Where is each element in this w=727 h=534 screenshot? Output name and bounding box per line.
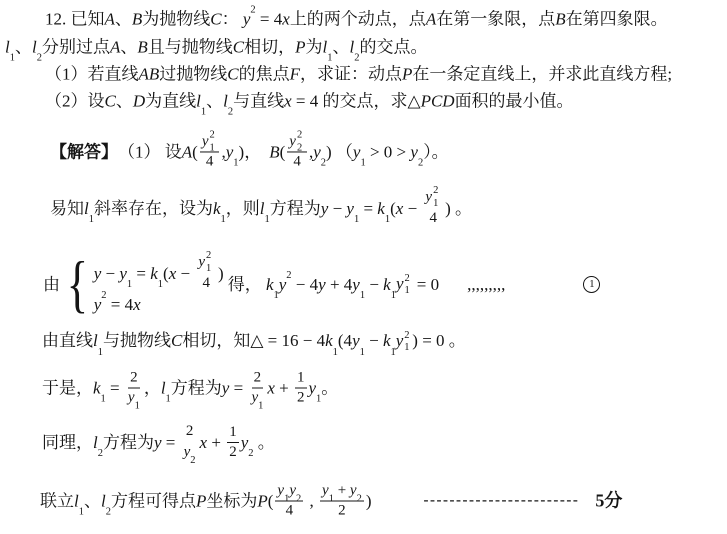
text-run: 、 [206, 92, 223, 111]
text-run: 4 [202, 275, 210, 292]
math-variable: y1 [119, 264, 132, 283]
text-run: ) 。 [445, 199, 472, 218]
subscript: 1 [98, 347, 103, 358]
math-variable: y21 [425, 189, 441, 206]
sub-sup-stack: 21 [404, 277, 413, 294]
text-run: （1） 设 [118, 143, 182, 162]
sub-sup-stack: 21 [205, 254, 214, 271]
fraction-numerator: 2 [184, 423, 196, 443]
subscript: 1 [360, 347, 365, 358]
text-run: ( [192, 143, 198, 162]
math-variable: k1 [93, 379, 106, 398]
fraction: 12 [227, 424, 239, 461]
math-variable: B [555, 10, 565, 29]
math-variable: l2 [101, 492, 111, 511]
math-variable: P [196, 492, 206, 511]
subscript: 1 [209, 143, 214, 154]
fraction-denominator: 4 [204, 153, 216, 171]
math-variable: y [318, 275, 326, 294]
text-run: ）。 [423, 143, 449, 162]
subscript: 1 [360, 290, 365, 301]
math-variable: y [154, 433, 162, 452]
text-run: 2 [186, 423, 194, 440]
text-run: 、 [15, 38, 32, 57]
math-variable: l2 [223, 92, 233, 111]
math-variable: y22 [289, 133, 305, 150]
subscript: 1 [166, 394, 171, 405]
text-run: 由直线 [42, 332, 93, 351]
sub-sup-stack: 22 [296, 134, 305, 151]
sub-sup-stack: 21 [208, 134, 217, 151]
math-variable: A [105, 10, 115, 29]
system-equation-row: y2 = 4x [94, 295, 224, 314]
math-variable: C [227, 65, 238, 84]
subscript: 2 [321, 158, 326, 169]
text-run: 4 [206, 154, 214, 171]
fraction-denominator: 4 [291, 153, 303, 171]
subscript: 1 [329, 494, 334, 505]
text-run: − [365, 275, 383, 294]
subscript: 1 [89, 214, 94, 225]
math-variable: y [94, 264, 102, 283]
math-variable: P [257, 492, 267, 511]
question-2: （2）设C、D为直线l1、l2与直线x = 4 的交点，求△PCD面积的最小值。 [45, 92, 574, 111]
text-run: 在一条定直线上，并求此直线方程; [412, 65, 672, 84]
problem-statement-line-2: l1、l2分别过点A、B且与抛物线C相切，P为l1、l2的交点。 [5, 38, 427, 57]
math-variable: y2 [313, 143, 326, 162]
math-variable: x [396, 199, 404, 218]
fraction: y1y24 [275, 483, 303, 520]
text-run: 且与抛物线 [148, 38, 233, 57]
text-run: （1）若直线 [45, 65, 139, 84]
fraction-denominator: y1 [249, 389, 265, 407]
text-run: 1 [297, 370, 305, 387]
fraction-numerator: y22 [287, 133, 307, 152]
math-variable: P [295, 38, 305, 57]
fraction-denominator: 2 [295, 389, 307, 407]
math-variable: A [426, 10, 436, 29]
fraction-numerator: y21 [196, 254, 216, 274]
text-run: △ [250, 332, 263, 351]
text-run: 4 [293, 154, 301, 171]
subscript: 1 [135, 401, 140, 412]
subscript: 2 [190, 455, 195, 466]
math-variable: k1 [325, 332, 338, 351]
math-variable: y1 [277, 483, 289, 500]
fraction-numerator: y1y2 [275, 483, 303, 502]
subscript: 1 [10, 53, 15, 64]
text-run: 方程为 [270, 199, 321, 218]
sub-sup-stack: 21 [432, 189, 441, 206]
solution-discriminant: 由直线l1与抛物线C相切，知△ = 16 − 4k1(4y1 − k1y21) … [42, 331, 466, 351]
subscript: 1 [405, 286, 410, 297]
math-variable: l2 [32, 38, 42, 57]
math-variable: x [284, 92, 292, 111]
text-run: )， [239, 143, 262, 162]
fraction-numerator: y21 [423, 189, 443, 209]
math-variable: y1 [309, 379, 322, 398]
text-run: ) = 0 [412, 332, 444, 351]
math-variable: y1 [352, 332, 365, 351]
subscript: 1 [274, 290, 279, 301]
text-run: 12. 已知 [45, 10, 105, 29]
subscript: 2 [297, 143, 302, 154]
text-run: ，求证：动点 [300, 65, 402, 84]
text-run: 方程为 [171, 379, 222, 398]
text-run: ) [366, 492, 372, 511]
superscript: 2 [206, 251, 211, 262]
text-run: △ [407, 92, 420, 111]
text-run: 为直线 [145, 92, 196, 111]
math-variable: C [233, 38, 244, 57]
fraction: y214 [423, 189, 443, 227]
math-variable: l1 [93, 332, 103, 351]
math-variable: y1 [346, 199, 359, 218]
subscript: 1 [391, 290, 396, 301]
text-run: 2 [229, 444, 237, 461]
math-variable: y21 [202, 133, 218, 150]
math-variable: A [110, 38, 120, 57]
text-run: − [365, 332, 383, 351]
math-variable: B [132, 10, 142, 29]
score-label: 5分 [595, 492, 622, 511]
text-run: 的交点，求 [322, 92, 407, 111]
math-variable: y2 [410, 143, 423, 162]
math-variable: y1 [226, 143, 239, 162]
math-variable: x [133, 295, 141, 314]
text-run: 2 [254, 370, 262, 387]
math-variable: x [169, 264, 177, 283]
solution-step-slope: 易知l1斜率存在，设为k1，则l1方程为y − y1 = k1(x − y214… [50, 189, 472, 227]
solution-l2-line: 同理，l2方程为y = 2y2x + 12y2 。 [42, 423, 275, 461]
math-variable: l1 [196, 92, 206, 111]
sub-sup-stack: 21 [403, 334, 412, 351]
math-variable: l1 [74, 492, 84, 511]
superscript: 2 [209, 131, 214, 142]
math-variable: x [200, 433, 208, 452]
text-run: 上的两个动点，点 [290, 10, 426, 29]
text-run: ( [268, 492, 274, 511]
math-variable: C [171, 332, 182, 351]
math-variable: PCD [421, 92, 455, 111]
solution-point-p-line: 联立l1、l2方程可得点P坐标为P(y1y24 , y1 + y22)-----… [40, 483, 622, 520]
subscript: 1 [391, 347, 396, 358]
text-run: 方程可得点 [111, 492, 196, 511]
superscript: 2 [297, 131, 302, 142]
subscript: 1 [360, 158, 365, 169]
subscript: 2 [98, 448, 103, 459]
text-run: = 4 [292, 92, 323, 111]
math-variable: l2 [93, 433, 103, 452]
text-run: ，则 [226, 199, 260, 218]
math-variable: y21 [198, 254, 214, 271]
math-variable: l1 [5, 38, 15, 57]
score-dash-line: ------------------------ [424, 492, 580, 511]
superscript: 2 [101, 290, 106, 301]
math-variable: C [210, 10, 221, 29]
math-variable: B [269, 143, 279, 162]
text-run: 、 [115, 10, 132, 29]
subscript: 1 [385, 214, 390, 225]
subscript: 2 [418, 158, 423, 169]
text-run: 的焦点 [239, 65, 290, 84]
superscript: 2 [250, 5, 255, 16]
text-run: 2 [297, 390, 305, 407]
math-variable: y2 [243, 10, 256, 29]
subscript: 1 [79, 507, 84, 518]
text-run: + [207, 433, 225, 452]
math-variable: y2 [289, 483, 301, 500]
text-run: 。 [321, 379, 338, 398]
math-variable: C [105, 92, 116, 111]
fraction-numerator: y1 + y2 [320, 483, 364, 502]
problem-statement-line-1: 12. 已知A、B为抛物线C： y2 = 4x上的两个动点，点A在第一象限，点B… [45, 10, 668, 29]
text-run: 1 [229, 424, 237, 441]
text-run: = 0 [413, 275, 440, 294]
math-variable: k1 [266, 275, 279, 294]
document-page: 12. 已知A、B为抛物线C： y2 = 4x上的两个动点，点A在第一象限，点B… [0, 0, 727, 534]
text-run: 于是， [42, 379, 93, 398]
text-run: ( [280, 143, 286, 162]
subscript: 1 [404, 343, 409, 354]
text-run: = [359, 199, 377, 218]
text-run: , [305, 492, 318, 511]
text-run: 在第一象限，点 [436, 10, 555, 29]
fraction: 2y2 [182, 423, 198, 461]
text-run: + [334, 483, 350, 500]
math-variable: l2 [349, 38, 359, 57]
text-run: 的交点。 [359, 38, 427, 57]
equation-system: y − y1 = k1(x − y214)y2 = 4x [94, 254, 224, 314]
text-run: 由 [43, 275, 60, 294]
math-variable: l1 [322, 38, 332, 57]
text-run: 与直线 [233, 92, 284, 111]
text-run: + [275, 379, 293, 398]
fraction: y214 [196, 254, 216, 292]
fraction-denominator: y1 [126, 389, 142, 407]
math-variable: k1 [377, 199, 390, 218]
math-variable: l1 [161, 379, 171, 398]
fraction-denominator: 4 [200, 274, 212, 292]
math-variable: D [133, 92, 145, 111]
fraction-denominator: 4 [427, 209, 439, 227]
text-run: 为抛物线 [142, 10, 210, 29]
text-run: 斜率存在，设为 [94, 199, 213, 218]
fraction-numerator: y21 [200, 133, 220, 152]
math-variable: B [137, 38, 147, 57]
math-variable: y21 [396, 331, 413, 351]
text-run: = 4 [107, 295, 134, 314]
text-run: (4 [338, 332, 352, 351]
text-run: = [162, 433, 180, 452]
text-run: ： [222, 10, 243, 29]
math-variable: y [222, 379, 230, 398]
text-run: ) （ [326, 143, 353, 162]
fraction: y224 [287, 133, 307, 170]
text-run: 相切， [244, 38, 295, 57]
text-run: 、 [116, 92, 133, 111]
fraction: 12 [295, 370, 307, 407]
math-variable: k1 [383, 332, 396, 351]
superscript: 2 [404, 331, 409, 342]
math-variable: x [267, 379, 275, 398]
fraction-numerator: 1 [227, 424, 239, 443]
subscript: 1 [354, 214, 359, 225]
fraction-numerator: 2 [128, 370, 140, 389]
text-run: 易知 [50, 199, 84, 218]
text-run: 过抛物线 [159, 65, 227, 84]
circled-number: 1 [583, 276, 600, 293]
math-variable: y1 [352, 275, 365, 294]
text-run: = [229, 379, 247, 398]
fraction-denominator: 2 [336, 502, 348, 520]
text-run: 、 [332, 38, 349, 57]
math-variable: y2 [241, 433, 254, 452]
subscript: 1 [101, 394, 106, 405]
subscript: 2 [37, 53, 42, 64]
math-variable: AB [139, 65, 160, 84]
text-run: 相切，知 [182, 332, 250, 351]
math-variable: y1 [322, 483, 334, 500]
text-run: 4 [286, 503, 294, 520]
subscript: 1 [433, 199, 438, 210]
text-run: = 16 − 4 [263, 332, 325, 351]
fraction-numerator: 2 [252, 370, 264, 389]
text-run: 得， [228, 275, 266, 294]
text-run: − [176, 264, 194, 283]
text-run: 4 [429, 210, 437, 227]
math-variable: y [321, 199, 329, 218]
fraction: y214 [200, 133, 220, 170]
math-variable: k1 [213, 199, 226, 218]
text-run: 分别过点 [42, 38, 110, 57]
text-run: 2 [338, 503, 346, 520]
text-run: 同理， [42, 433, 93, 452]
text-run: > 0 > [366, 143, 411, 162]
math-variable: k1 [383, 275, 396, 294]
subscript: 2 [228, 107, 233, 118]
fraction-denominator: y2 [182, 443, 198, 461]
math-variable: k1 [150, 264, 163, 283]
solution-k1-line: 于是，k1 = 2y1，l1方程为y = 2y1x + 12y1。 [42, 370, 338, 407]
subscript: 1 [201, 107, 206, 118]
math-variable: y1 [128, 390, 140, 407]
question-1: （1）若直线AB过抛物线C的焦点F，求证：动点P在一条定直线上，并求此直线方程; [45, 65, 672, 84]
text-run: = [106, 379, 124, 398]
subscript: 1 [258, 401, 263, 412]
superscript: 2 [433, 186, 438, 197]
text-run: 与抛物线 [103, 332, 171, 351]
subscript: 2 [357, 494, 362, 505]
text-run: 、 [84, 492, 101, 511]
fraction: 2y1 [249, 370, 265, 407]
solution-header-line: 【解答】（1） 设A(y214,y1)，B(y224,y2) （y1 > 0 >… [50, 133, 449, 170]
math-variable: l1 [260, 199, 270, 218]
math-variable: P [402, 65, 412, 84]
text-run: （2）设 [45, 92, 105, 111]
text-run: 联立 [40, 492, 74, 511]
text-run: + 4 [326, 275, 353, 294]
subscript: 1 [265, 214, 270, 225]
text-run: ) [218, 264, 224, 283]
text-run: 。 [253, 433, 274, 452]
math-variable: y2 [350, 483, 362, 500]
text-run: ,,,,,,,,, [467, 275, 505, 294]
fraction: y1 + y22 [320, 483, 364, 520]
math-variable: A [182, 143, 192, 162]
subscript: 2 [296, 494, 301, 505]
math-variable: y1 [251, 390, 263, 407]
subscript: 1 [206, 264, 211, 275]
math-variable: y2 [184, 444, 196, 461]
math-variable: l1 [84, 199, 94, 218]
subscript: 1 [233, 158, 238, 169]
text-run: − 4 [292, 275, 319, 294]
subscript: 2 [106, 507, 111, 518]
text-run: − [403, 199, 421, 218]
subscript: 2 [248, 448, 253, 459]
text-run: 方程为 [103, 433, 154, 452]
subscript: 1 [158, 279, 163, 290]
system-brace: { [67, 255, 89, 313]
subscript: 1 [221, 214, 226, 225]
subscript: 1 [327, 53, 332, 64]
text-run: 面积的最小值。 [455, 92, 574, 111]
math-variable: y2 [94, 295, 107, 314]
text-run: − [101, 264, 119, 283]
text-run: − [328, 199, 346, 218]
text-run: 为 [305, 38, 322, 57]
fraction: 2y1 [126, 370, 142, 407]
text-run: 。 [445, 332, 466, 351]
math-variable: x [282, 10, 290, 29]
text-run: 【解答】 [50, 143, 118, 162]
math-variable: y1 [353, 143, 366, 162]
text-run: 、 [120, 38, 137, 57]
subscript: 1 [284, 494, 289, 505]
subscript: 1 [333, 347, 338, 358]
superscript: 2 [405, 274, 410, 285]
fraction-denominator: 2 [227, 443, 239, 461]
subscript: 1 [127, 279, 132, 290]
text-run: = [132, 264, 150, 283]
subscript: 1 [316, 394, 321, 405]
fraction-numerator: 1 [295, 370, 307, 389]
solution-system-block: 由{y − y1 = k1(x − y214)y2 = 4x得， k1y2 − … [43, 254, 600, 314]
superscript: 2 [286, 270, 291, 281]
math-variable: F [290, 65, 300, 84]
text-run: = 4 [256, 10, 283, 29]
text-run: 坐标为 [206, 492, 257, 511]
subscript: 2 [354, 53, 359, 64]
text-run: ， [144, 379, 161, 398]
system-equation-row: y − y1 = k1(x − y214) [94, 254, 224, 292]
math-variable: y21 [396, 274, 413, 294]
math-variable: y2 [279, 275, 292, 294]
text-run: 在第四象限。 [566, 10, 668, 29]
text-run: 2 [130, 370, 138, 387]
